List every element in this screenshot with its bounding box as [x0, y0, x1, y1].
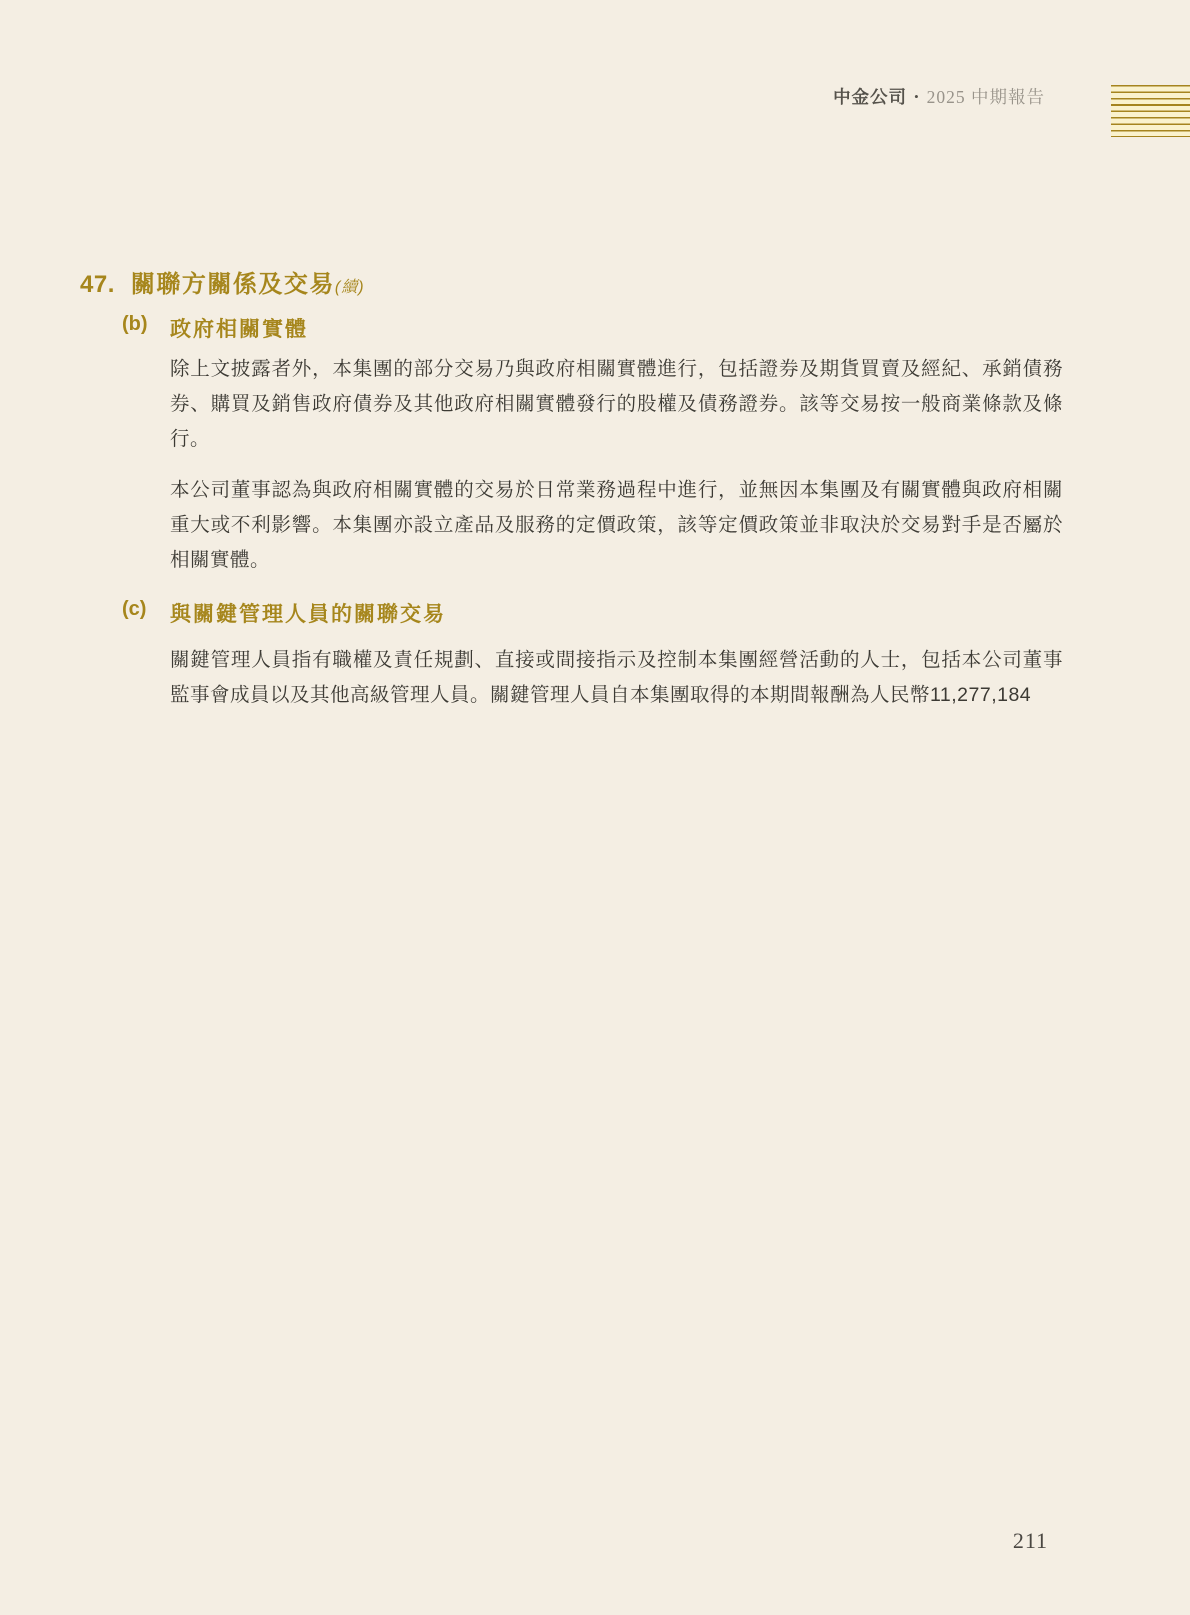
- page-number: 211: [1013, 1528, 1048, 1554]
- section-title: 關聯方關係及交易: [131, 271, 335, 298]
- gold-stripes-icon: [1111, 85, 1190, 137]
- section-continued-marker: (續): [335, 279, 365, 296]
- subsection-b-title: 政府相關實體: [170, 313, 308, 343]
- report-title: 2025 中期報告: [927, 87, 1045, 107]
- subsection-c-label: (c): [122, 598, 146, 621]
- subsection-b-label: (b): [122, 313, 148, 336]
- paragraph-b2: 本公司董事認為與政府相關實體的交易於日常業務過程中進行，並無因本集團及有關實體與…: [170, 473, 1063, 578]
- paragraph-line: 行。: [170, 422, 1063, 457]
- paragraph-line: 監事會成員以及其他高級管理人員。關鍵管理人員自本集團取得的本期間報酬為人民幣11…: [170, 678, 1063, 713]
- paragraph-line: 相關實體。: [170, 543, 1063, 578]
- paragraph-line: 券、購買及銷售政府債券及其他政府相關實體發行的股權及債務證券。該等交易按一般商業…: [170, 387, 1063, 422]
- paragraph-line: 關鍵管理人員指有職權及責任規劃、直接或間接指示及控制本集團經營活動的人士，包括本…: [170, 643, 1063, 678]
- paragraph-line: 重大或不利影響。本集團亦設立產品及服務的定價政策，該等定價政策並非取決於交易對手…: [170, 508, 1063, 543]
- paragraph-b1: 除上文披露者外，本集團的部分交易乃與政府相關實體進行，包括證券及期貨買賣及經紀、…: [170, 352, 1063, 457]
- paragraph-line: 除上文披露者外，本集團的部分交易乃與政府相關實體進行，包括證券及期貨買賣及經紀、…: [170, 352, 1063, 387]
- section-number: 47.: [80, 271, 115, 299]
- subsection-c-title: 與關鍵管理人員的關聯交易: [170, 598, 446, 628]
- bullet-separator-icon: •: [907, 89, 927, 104]
- company-name: 中金公司: [833, 87, 907, 107]
- paragraph-c1: 關鍵管理人員指有職權及責任規劃、直接或間接指示及控制本集團經營活動的人士，包括本…: [170, 643, 1063, 713]
- section-heading: 47.關聯方關係及交易(續): [80, 264, 365, 299]
- page-header: 中金公司•2025 中期報告: [833, 84, 1045, 109]
- report-page: 中金公司•2025 中期報告 47.關聯方關係及交易(續) (b) 政府相關實體…: [0, 0, 1190, 1615]
- paragraph-line: 本公司董事認為與政府相關實體的交易於日常業務過程中進行，並無因本集團及有關實體與…: [170, 473, 1063, 508]
